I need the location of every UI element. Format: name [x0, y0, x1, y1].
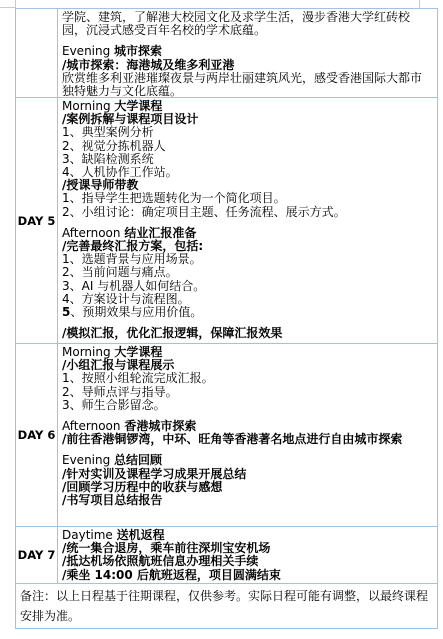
text-segment: /针对实训及课程学习成果开展总结	[62, 467, 246, 481]
schedule-section: /模拟汇报，优化汇报逻辑，保障汇报效果	[62, 327, 433, 340]
schedule-content: Morning 大学课程/案例拆解与课程项目设计1、典型案例分析2、视觉分拣机器…	[58, 98, 437, 343]
text-segment: 1、典型案例分析	[62, 125, 154, 139]
schedule-section: Morning 大学课程/案例拆解与课程项目设计1、典型案例分析2、视觉分拣机器…	[62, 100, 433, 219]
document-page: 学院、建筑，了解港大校园文化及求学生活，漫步香港大学红砖校园，沉浸式感受百年名校…	[0, 0, 443, 639]
schedule-row: DAY 7Daytime 送机返程/统一集合退房，乘车前往深圳宝安机场/抵达机场…	[16, 527, 437, 584]
schedule-row: DAY 6Morning 大学课程/小组汇报与课程展示1、按照小组轮流完成汇报。…	[16, 344, 437, 527]
table-rows: 学院、建筑，了解港大校园文化及求学生活，漫步香港大学红砖校园，沉浸式感受百年名校…	[16, 9, 437, 584]
text-segment: 3、缺陷检测系统	[62, 152, 154, 166]
text-segment: 总结回顾	[114, 453, 162, 467]
text-segment: 2、小组讨论：确定项目主题、任务流程、展示方式。	[62, 205, 346, 219]
day-label: DAY 7	[16, 527, 58, 583]
day-label: DAY 6	[16, 344, 58, 526]
schedule-section: Afternoon 结业汇报准备/完善最终汇报方案，包括:1、选题背景与应用场景…	[62, 227, 433, 319]
prev-row-gridline-right	[419, 0, 420, 8]
text-segment: Evening	[62, 453, 114, 467]
schedule-content: Morning 大学课程/小组汇报与课程展示1、按照小组轮流完成汇报。2、导师点…	[58, 344, 437, 526]
text-segment: Daytime	[62, 528, 117, 542]
schedule-row: 学院、建筑，了解港大校园文化及求学生活，漫步香港大学红砖校园，沉浸式感受百年名校…	[16, 9, 437, 98]
text-segment: Morning	[62, 345, 114, 359]
text-segment: /抵达机场依照航班信息办理相关手续	[62, 554, 258, 568]
text-segment: /完善最终汇报方案，包括:	[62, 239, 203, 253]
text-segment: Afternoon	[62, 226, 124, 240]
schedule-section: 学院、建筑，了解港大校园文化及求学生活，漫步香港大学红砖校园，沉浸式感受百年名校…	[62, 11, 433, 37]
text-segment: 4、人机协作工作站。	[62, 165, 178, 179]
schedule-section: Evening 城市探索/城市探索：海港城及维多利亚港欣赏维多利亚港璀璨夜景与两…	[62, 45, 433, 97]
text-segment: /城市探索：海港城及维多利亚港	[62, 58, 234, 72]
schedule-section: Morning 大学课程/小组汇报与课程展示1、按照小组轮流完成汇报。2、导师点…	[62, 346, 433, 412]
paragraph: 3、师生合影留念。	[62, 399, 433, 412]
text-segment: 结业汇报准备	[124, 226, 196, 240]
text-segment: Morning	[62, 99, 114, 113]
text-segment: 欣赏维多利亚港璀璨夜景与两岸壮丽建筑风光，感受香港国际大都市独特魅力与文化底蕴。	[62, 71, 422, 97]
footnote-text: 备注：以上日程基于往期课程，仅供参考。实际日程可能有调整，以最终课程安排为准。	[20, 589, 428, 623]
schedule-row: DAY 5Morning 大学课程/案例拆解与课程项目设计1、典型案例分析2、视…	[16, 98, 437, 344]
day-label	[16, 9, 58, 97]
text-segment: /回顾学习历程中的收获与感想	[62, 480, 222, 494]
text-segment: /模拟汇报，优化汇报逻辑，保障汇报效果	[62, 326, 282, 340]
paragraph: /模拟汇报，优化汇报逻辑，保障汇报效果	[62, 327, 433, 340]
paragraph: /乘坐 14:00 后航班返程，项目圆满结束	[62, 569, 433, 582]
text-segment: 1、按照小组轮流完成汇报。	[62, 371, 214, 385]
schedule-content: 学院、建筑，了解港大校园文化及求学生活，漫步香港大学红砖校园，沉浸式感受百年名校…	[58, 9, 437, 97]
prev-row-gridline-left	[15, 0, 16, 8]
paragraph: 欣赏维多利亚港璀璨夜景与两岸壮丽建筑风光，感受香港国际大都市独特魅力与文化底蕴。	[62, 72, 433, 97]
text-segment: 学院、建筑，了解港大校园文化及求学生活，漫步香港大学红砖校园，沉浸式感受百年名校…	[62, 10, 410, 37]
text-segment: /书写项目总结报告	[62, 493, 162, 507]
paragraph: 学院、建筑，了解港大校园文化及求学生活，漫步香港大学红砖校园，沉浸式感受百年名校…	[62, 11, 433, 37]
schedule-section: Afternoon 香港城市探索/前往香港铜锣湾，中环、旺角等香港著名地点进行自…	[62, 420, 433, 446]
text-segment: 4、方案设计与流程图。	[62, 292, 190, 306]
text-segment: 3、AI 与机器人如何结合。	[62, 279, 205, 293]
schedule-content: Daytime 送机返程/统一集合退房，乘车前往深圳宝安机场/抵达机场依照航班信…	[58, 527, 437, 583]
schedule-section: Evening 总结回顾/针对实训及课程学习成果开展总结/回顾学习历程中的收获与…	[62, 454, 433, 507]
text-segment: /乘坐 14:00 后航班返程，项目圆满结束	[62, 568, 281, 582]
text-segment: /前往香港铜锣湾，中环、旺角等香港著名地点进行自由城市探索	[62, 432, 402, 446]
text-segment: 香港城市探索	[124, 419, 196, 433]
itinerary-table: 学院、建筑，了解港大校园文化及求学生活，漫步香港大学红砖校园，沉浸式感受百年名校…	[15, 8, 438, 629]
text-segment: 城市探索	[114, 44, 162, 58]
text-segment: 1、指导学生把选题转化为一个简化项目。	[62, 191, 286, 205]
text-segment: 、预期效果与应用价值。	[70, 305, 202, 319]
footnote-row: 备注：以上日程基于往期课程，仅供参考。实际日程可能有调整，以最终课程安排为准。	[16, 584, 437, 628]
text-segment: Afternoon	[62, 419, 124, 433]
day-label: DAY 5	[16, 98, 58, 343]
text-segment: 2、视觉分拣机器人	[62, 139, 166, 153]
text-segment: 3、师生合影留念。	[62, 398, 166, 412]
paragraph: /书写项目总结报告	[62, 494, 433, 507]
text-segment: 送机返程	[117, 528, 165, 542]
prev-row-gridline-horizontal	[0, 7, 15, 8]
text-segment: 2、导师点评与指导。	[62, 385, 178, 399]
text-segment: Evening	[62, 44, 114, 58]
schedule-section: Daytime 送机返程/统一集合退房，乘车前往深圳宝安机场/抵达机场依照航班信…	[62, 529, 433, 582]
paragraph: /前往香港铜锣湾，中环、旺角等香港著名地点进行自由城市探索	[62, 433, 433, 446]
paragraph: 2、小组讨论：确定项目主题、任务流程、展示方式。	[62, 206, 433, 219]
text-segment: 大学课程	[114, 99, 162, 113]
text-segment: 2、当前问题与痛点。	[62, 265, 178, 279]
paragraph: 5、预期效果与应用价值。	[62, 306, 433, 319]
text-segment: 大学课程	[114, 345, 162, 359]
